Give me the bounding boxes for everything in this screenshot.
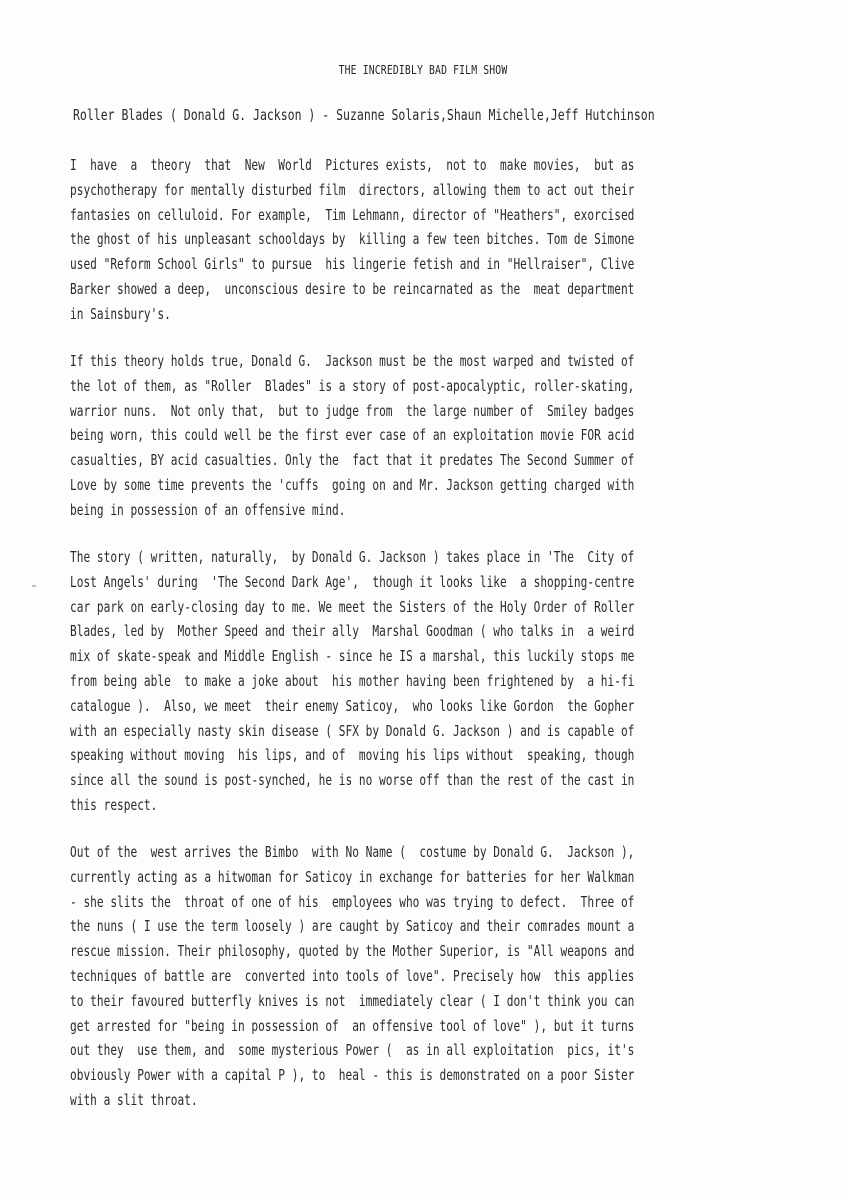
text-line: currently acting as a hitwoman for Satic… <box>70 865 804 890</box>
text-line: being in possession of an offensive mind… <box>70 498 804 523</box>
text-line: The story ( written, naturally, by Donal… <box>70 545 804 570</box>
paragraph-3: The story ( written, naturally, by Donal… <box>70 545 804 818</box>
text-line: If this theory holds true, Donald G. Jac… <box>70 349 804 374</box>
text-line: Blades, led by Mother Speed and their al… <box>70 619 804 644</box>
text-line: Out of the west arrives the Bimbo with N… <box>70 840 804 865</box>
text-line: mix of skate-speak and Middle English - … <box>70 644 804 669</box>
paper-speck <box>32 585 36 587</box>
text-line: to their favoured butterfly knives is no… <box>70 989 804 1014</box>
text-line: - she slits the throat of one of his emp… <box>70 890 804 915</box>
text-line: rescue mission. Their philosophy, quoted… <box>70 939 804 964</box>
text-line: speaking without moving his lips, and of… <box>70 743 804 768</box>
paragraph-4: Out of the west arrives the Bimbo with N… <box>70 840 804 1113</box>
text-line: since all the sound is post-synched, he … <box>70 768 804 793</box>
text-line: the nuns ( I use the term loosely ) are … <box>70 914 804 939</box>
text-line: with an especially nasty skin disease ( … <box>70 719 804 744</box>
text-line: the lot of them, as "Roller Blades" is a… <box>70 374 804 399</box>
paragraph-2: If this theory holds true, Donald G. Jac… <box>70 349 804 523</box>
text-line: casualties, BY acid casualties. Only the… <box>70 448 804 473</box>
text-line: get arrested for "being in possession of… <box>70 1014 804 1039</box>
text-line: the ghost of his unpleasant schooldays b… <box>70 227 804 252</box>
text-line: being worn, this could well be the first… <box>70 423 804 448</box>
text-line: obviously Power with a capital P ), to h… <box>70 1063 804 1088</box>
film-byline: Roller Blades ( Donald G. Jackson ) - Su… <box>73 106 655 124</box>
text-line: used "Reform School Girls" to pursue his… <box>70 252 804 277</box>
text-line: in Sainsbury's. <box>70 302 804 327</box>
text-line: Barker showed a deep, unconscious desire… <box>70 277 804 302</box>
text-line: with a slit throat. <box>70 1088 804 1113</box>
document-page: THE INCREDIBLY BAD FILM SHOW Roller Blad… <box>0 0 846 1200</box>
text-line: car park on early-closing day to me. We … <box>70 595 804 620</box>
text-line: Love by some time prevents the 'cuffs go… <box>70 473 804 498</box>
text-line: warrior nuns. Not only that, but to judg… <box>70 399 804 424</box>
text-line: techniques of battle are converted into … <box>70 964 804 989</box>
paragraph-1: I have a theory that New World Pictures … <box>70 153 804 327</box>
text-line: from being able to make a joke about his… <box>70 669 804 694</box>
text-line: this respect. <box>70 793 804 818</box>
text-line: Lost Angels' during 'The Second Dark Age… <box>70 570 804 595</box>
text-line: catalogue ). Also, we meet their enemy S… <box>70 694 804 719</box>
page-title: THE INCREDIBLY BAD FILM SHOW <box>93 62 753 77</box>
text-line: I have a theory that New World Pictures … <box>70 153 804 178</box>
text-line: fantasies on celluloid. For example, Tim… <box>70 203 804 228</box>
text-line: psychotherapy for mentally disturbed fil… <box>70 178 804 203</box>
text-line: out they use them, and some mysterious P… <box>70 1038 804 1063</box>
